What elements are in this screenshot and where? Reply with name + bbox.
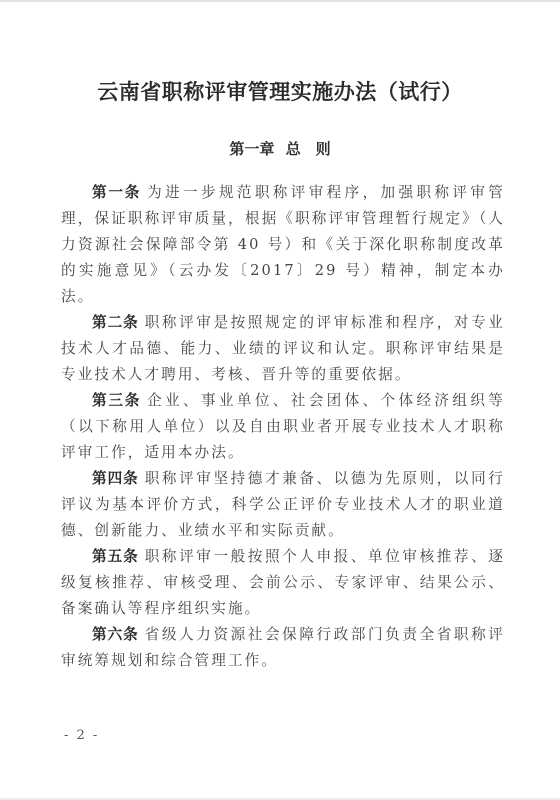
article-label: 第四条 [92,470,139,487]
article-4: 第四条职称评审坚持德才兼备、以德为先原则，以同行评议为基本评价方式，科学公正评价… [61,466,505,544]
article-6: 第六条省级人力资源社会保障行政部门负责全省职称评审统筹规划和综合管理工作。 [61,622,505,674]
document-body: 第一条为进一步规范职称评审程序，加强职称评审管理，保证职称评审质量，根据《职称评… [61,180,505,674]
document-title: 云南省职称评审管理实施办法（试行） [0,76,560,106]
chapter-heading: 第一章 总 则 [0,138,560,159]
article-label: 第五条 [92,548,139,565]
article-5: 第五条职称评审一般按照个人申报、单位审核推荐、逐级复核推荐、审核受理、会前公示、… [61,544,505,622]
article-label: 第六条 [92,626,139,643]
article-3: 第三条企业、事业单位、社会团体、个体经济组织等（以下称用人单位）以及自由职业者开… [61,388,505,466]
article-1: 第一条为进一步规范职称评审程序，加强职称评审管理，保证职称评审质量，根据《职称评… [61,180,505,310]
page-top-edge [0,0,560,2]
article-label: 第三条 [92,392,141,409]
article-label: 第二条 [92,314,139,331]
article-2: 第二条职称评审是按照规定的评审标准和程序，对专业技术人才品德、能力、业绩的评议和… [61,310,505,388]
page-number: - 2 - [64,728,99,743]
article-text: 为进一步规范职称评审程序，加强职称评审管理，保证职称评审质量，根据《职称评审管理… [61,184,505,305]
article-label: 第一条 [92,184,141,201]
